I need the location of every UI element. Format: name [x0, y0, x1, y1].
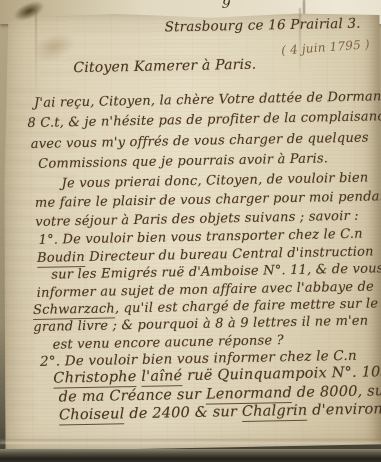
underlined-name-schwarzach: Schwarzach — [33, 301, 115, 320]
body-line: 8 C.t, & je n'hésite pas de profiter de … — [27, 109, 381, 131]
line-text: de 8000, sur — [292, 383, 381, 401]
place-date-line: Strasbourg ce 16 Prairial 3. — [164, 16, 360, 36]
table-edge-shadow — [0, 449, 381, 462]
underlined-name-christophe: Christophe — [53, 369, 137, 389]
line-text: d'environ — [307, 401, 381, 418]
body-line: Commissions que je pourrais avoir à Pari… — [38, 151, 328, 172]
underlined-name-chalgrin: Chalgrin — [242, 403, 308, 422]
body-line: avec vous m'y offrés de vous charger de … — [31, 131, 369, 152]
horizontal-fold-crease — [0, 439, 381, 444]
body-line: Je vous prierai donc, Citoyen, de vouloi… — [61, 171, 368, 192]
gregorian-date-note: ( 4 juin 1795 ) — [281, 37, 371, 57]
body-line: me faire le plaisir de vous charger pour… — [35, 189, 381, 211]
letter-photo: 9 Strasbourg ce 16 Prairial 3. ( 4 juin … — [0, 0, 381, 462]
handwritten-text: Strasbourg ce 16 Prairial 3. ( 4 juin 17… — [0, 0, 381, 462]
body-line: Choiseul de 2400 & sur Chalgrin d'enviro… — [59, 401, 381, 423]
underlined-name-choiseul: Choiseul — [59, 406, 125, 425]
line-text: ruë Quinquampoix N°. 103 — [182, 364, 381, 384]
line-text: de ma Créance sur — [59, 387, 207, 406]
underlined-name-lenormand: Lenormand — [206, 385, 292, 405]
recipient-line: Citoyen Kamerer à Paris. — [73, 57, 256, 77]
body-line: J'ai reçu, Citoyen, la chère Votre datté… — [34, 89, 381, 111]
line-text: de 2400 & sur — [124, 404, 242, 422]
underlined-name-laine: l'aîné — [141, 368, 182, 387]
underlined-name-boudin: Boudin — [37, 250, 85, 268]
